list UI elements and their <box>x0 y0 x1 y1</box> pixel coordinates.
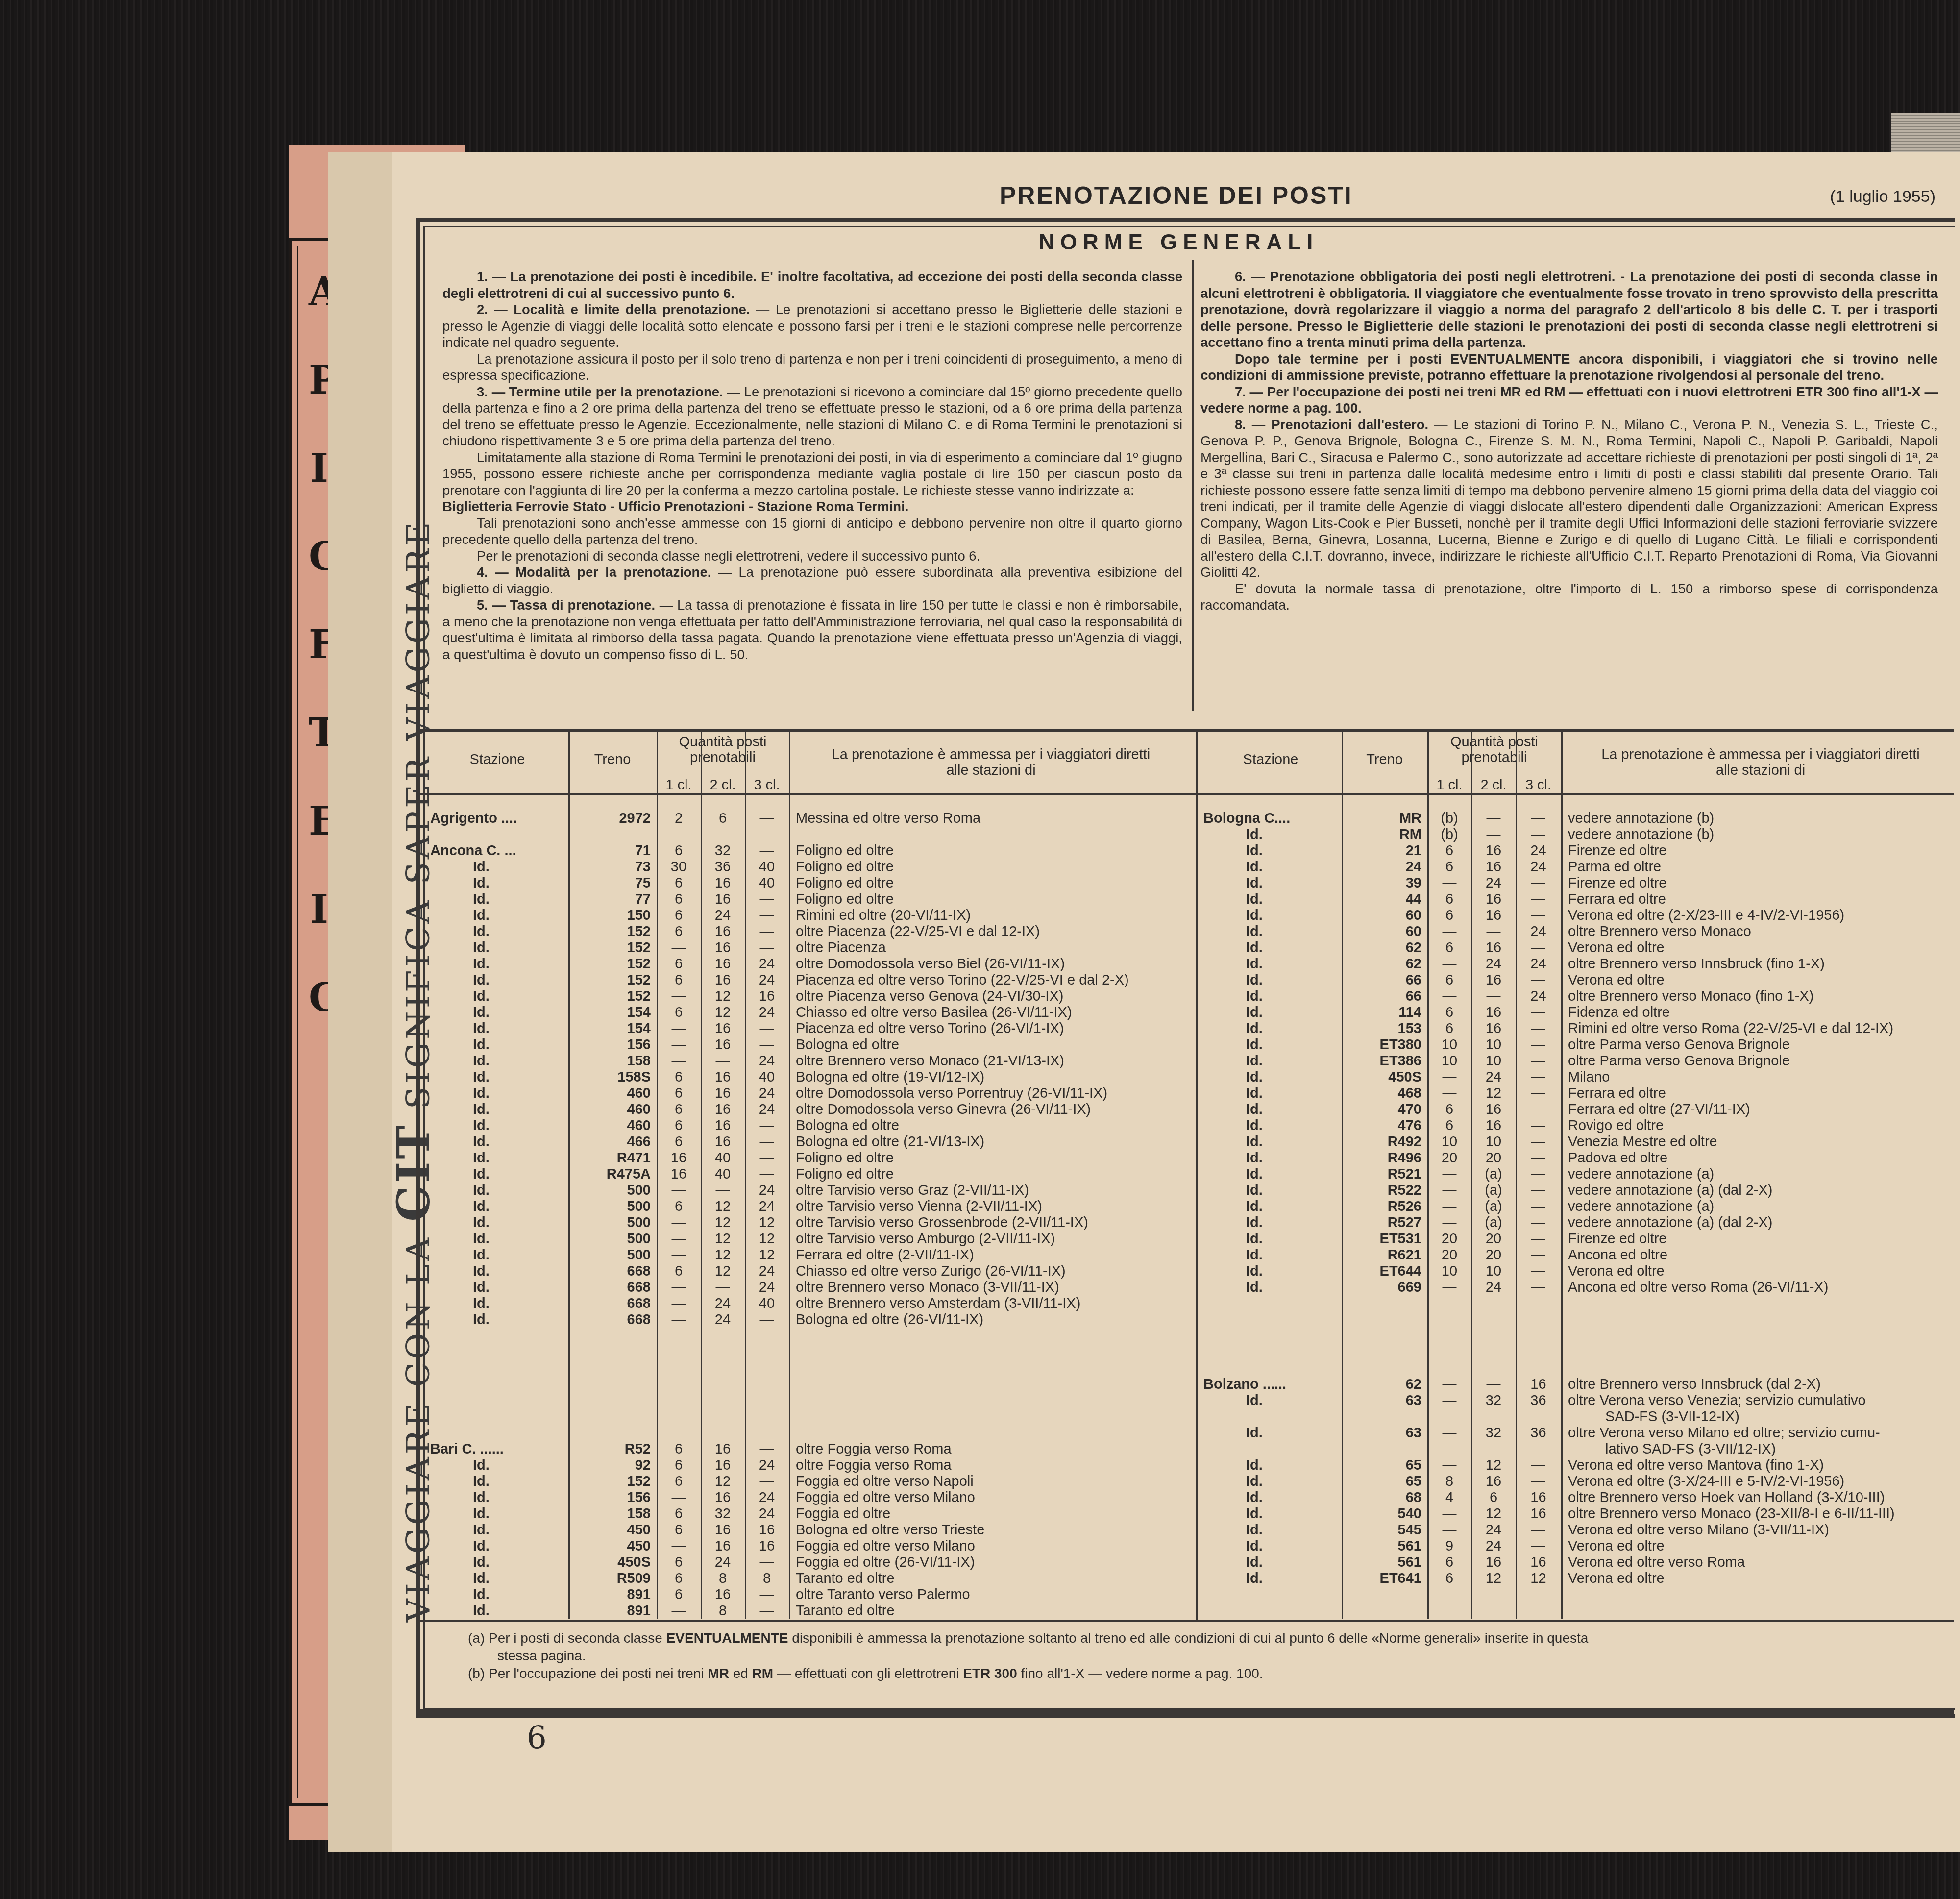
seats-2nd-class: 16 <box>1471 972 1516 988</box>
train-number: 669 <box>1342 1280 1421 1296</box>
station-name: Id. <box>473 1021 490 1037</box>
table-row: Id.668—24—Bologna ed oltre (26-VI/11-IX) <box>426 1312 1193 1328</box>
table-row: Id.R527—(a)—vedere annotazione (a) (dal … <box>1200 1215 1960 1231</box>
station-name: Id. <box>1246 1005 1263 1021</box>
seats-1st-class: 6 <box>657 908 701 924</box>
seats-2nd-class: 20 <box>1471 1150 1516 1166</box>
seats-3rd-class: — <box>745 811 789 827</box>
train-number: 77 <box>568 891 651 908</box>
table-row: Id.154—16—Piacenza ed oltre verso Torino… <box>426 1021 1193 1037</box>
cover-letter: A <box>309 247 328 336</box>
seats-1st-class: 30 <box>657 859 701 875</box>
seats-2nd-class: 16 <box>1471 1474 1516 1490</box>
station-name: Id. <box>1246 988 1263 1005</box>
seats-1st-class: 6 <box>1427 908 1471 924</box>
train-number: 73 <box>568 859 651 875</box>
seats-3rd-class: 24 <box>1516 988 1561 1005</box>
seats-2nd-class: 24 <box>1471 1069 1516 1085</box>
table-row-continuation: SAD-FS (3-VII-12-IX) <box>1200 1409 1960 1425</box>
table-row: Id.114616—Fidenza ed oltre <box>1200 1005 1960 1021</box>
seats-1st-class: — <box>1427 1522 1471 1538</box>
table-row: Id.ET5312020—Firenze ed oltre <box>1200 1231 1960 1247</box>
station-name: Id. <box>473 1296 490 1312</box>
table-row: Id.540—1216oltre Brennero verso Monaco (… <box>1200 1506 1960 1522</box>
destination: Piacenza ed oltre verso Torino (22-V/25-… <box>796 972 1129 988</box>
destination: oltre Brennero verso Monaco (23-XII/8-I … <box>1568 1506 1895 1522</box>
table-row: Id.476616—Rovigo ed oltre <box>1200 1118 1960 1134</box>
seats-1st-class: 6 <box>657 1554 701 1571</box>
train-number: 450 <box>568 1522 651 1538</box>
train-number: 156 <box>568 1037 651 1053</box>
seats-3rd-class: 36 <box>1516 1393 1561 1409</box>
station-name: Id. <box>1246 1215 1263 1231</box>
seats-3rd-class: — <box>1516 1021 1561 1037</box>
destination: Verona ed oltre (2-X/23-III e 4-IV/2-VI-… <box>1568 908 1844 924</box>
seats-2nd-class: 10 <box>1471 1134 1516 1150</box>
norme-paragraph: Tali prenotazioni sono anch'esse ammesse… <box>442 515 1182 548</box>
train-number: 891 <box>568 1603 651 1619</box>
seats-3rd-class: — <box>745 1312 789 1328</box>
station-name: Id. <box>473 1085 490 1102</box>
station-name: Id. <box>473 1005 490 1021</box>
destination: Parma ed oltre <box>1568 859 1661 875</box>
train-number: ET380 <box>1342 1037 1421 1053</box>
station-name: Id. <box>1246 1571 1263 1587</box>
station-name: Id. <box>1246 1166 1263 1183</box>
destination: Foggia ed oltre verso Milano <box>796 1490 975 1506</box>
header-destinazioni: La prenotazione è ammessa per i viaggiat… <box>828 747 1154 811</box>
station-name: Id. <box>473 1457 490 1474</box>
seats-2nd-class: — <box>1471 827 1516 843</box>
seats-1st-class: 2 <box>657 811 701 827</box>
norme-paragraph: 2. — Località e limite della prenotazion… <box>442 301 1182 351</box>
seats-3rd-class: — <box>1516 1215 1561 1231</box>
station-name: Id. <box>1246 1490 1263 1506</box>
seats-3rd-class: — <box>1516 1457 1561 1474</box>
destination: vedere annotazione (b) <box>1568 827 1714 843</box>
seats-1st-class: 6 <box>657 1522 701 1538</box>
train-number: 540 <box>1342 1506 1421 1522</box>
train-number: 500 <box>568 1231 651 1247</box>
seats-2nd-class: 12 <box>701 1199 745 1215</box>
norme-paragraph: La prenotazione assicura il posto per il… <box>442 351 1182 384</box>
seats-1st-class: 8 <box>1427 1474 1471 1490</box>
seats-3rd-class: 36 <box>1516 1425 1561 1441</box>
seats-2nd-class: 16 <box>701 972 745 988</box>
seats-1st-class: 6 <box>1427 1102 1471 1118</box>
table-row: Id.450S624—Foggia ed oltre (26-VI/11-IX) <box>426 1554 1193 1571</box>
station-name: Id. <box>1246 1037 1263 1053</box>
table-bottom-rule <box>420 1620 1954 1622</box>
header-stazione: Stazione <box>426 752 568 815</box>
seats-1st-class: 6 <box>657 891 701 908</box>
station-name: Agrigento .... <box>430 811 517 827</box>
destination: oltre Tarvisio verso Vienna (2-VII/11-IX… <box>796 1199 1042 1215</box>
table-row: Id.15863224Foggia ed oltre <box>426 1506 1193 1522</box>
destination: Ancona ed oltre verso Roma (26-VI/11-X) <box>1568 1280 1828 1296</box>
seats-3rd-class: — <box>745 1037 789 1053</box>
seats-2nd-class: 12 <box>701 1263 745 1280</box>
station-name: Bolzano ...... <box>1203 1377 1286 1393</box>
train-number: 450S <box>568 1554 651 1571</box>
station-name: Id. <box>1246 1134 1263 1150</box>
seats-3rd-class: — <box>745 940 789 956</box>
train-number: 114 <box>1342 1005 1421 1021</box>
station-name: Id. <box>1246 1199 1263 1215</box>
table-row: Id.684616oltre Brennero verso Hoek van H… <box>1200 1490 1960 1506</box>
destination: Foggia ed oltre verso Milano <box>796 1538 975 1554</box>
cover-letter: C <box>309 512 328 600</box>
train-number: 158 <box>568 1506 651 1522</box>
table-row: Id.R475A1640—Foligno ed oltre <box>426 1166 1193 1183</box>
seats-1st-class: 6 <box>657 1134 701 1150</box>
seats-3rd-class: — <box>1516 1522 1561 1538</box>
table-row: Id.62—2424oltre Brennero verso Innsbruck… <box>1200 956 1960 972</box>
seats-2nd-class: 32 <box>701 1506 745 1522</box>
train-number: 476 <box>1342 1118 1421 1134</box>
seats-1st-class: 6 <box>657 1571 701 1587</box>
destination: Bologna ed oltre (21-VI/13-IX) <box>796 1134 984 1150</box>
destination: Ferrara ed oltre <box>1568 1085 1666 1102</box>
table-row: Id.158——24oltre Brennero verso Monaco (2… <box>426 1053 1193 1069</box>
seats-1st-class: — <box>1427 1425 1471 1441</box>
norme-left-column: 1. — La prenotazione dei posti è incedib… <box>442 269 1182 663</box>
seats-3rd-class: 16 <box>745 988 789 1005</box>
norme-paragraph: 4. — Modalità per la prenotazione. — La … <box>442 564 1182 597</box>
seats-2nd-class: 16 <box>701 956 745 972</box>
train-number: R527 <box>1342 1215 1421 1231</box>
train-number: 21 <box>1342 843 1421 859</box>
seats-3rd-class: — <box>1516 1150 1561 1166</box>
seats-2nd-class: — <box>701 1053 745 1069</box>
destination: Foligno ed oltre <box>796 1166 894 1183</box>
destination: Ferrara ed oltre (2-VII/11-IX) <box>796 1247 974 1263</box>
seats-3rd-class: — <box>1516 1134 1561 1150</box>
seats-3rd-class: — <box>1516 1280 1561 1296</box>
seats-2nd-class: — <box>1471 811 1516 827</box>
table-row: Id.152—1216oltre Piacenza verso Genova (… <box>426 988 1193 1005</box>
seats-3rd-class: 40 <box>745 1069 789 1085</box>
seats-3rd-class: 24 <box>745 1085 789 1102</box>
table-row: Id.450S—24—Milano <box>1200 1069 1960 1085</box>
seats-2nd-class: 6 <box>1471 1490 1516 1506</box>
seats-1st-class: 6 <box>657 1457 701 1474</box>
destination: Taranto ed oltre <box>796 1571 895 1587</box>
seats-3rd-class: 12 <box>1516 1571 1561 1587</box>
table-row: Id.73303640Foligno ed oltre <box>426 859 1193 875</box>
table-row: Id.545—24—Verona ed oltre verso Milano (… <box>1200 1522 1960 1538</box>
train-number: 152 <box>568 972 651 988</box>
seats-1st-class: — <box>657 1231 701 1247</box>
table-row: Id.500—1212oltre Tarvisio verso Grossenb… <box>426 1215 1193 1231</box>
table-row: Bolzano ......62——16oltre Brennero verso… <box>1200 1377 1960 1393</box>
seats-1st-class: 10 <box>1427 1263 1471 1280</box>
seats-3rd-class: — <box>1516 1085 1561 1102</box>
destination: oltre Piacenza (22-V/25-VI e dal 12-IX) <box>796 924 1040 940</box>
seats-3rd-class: — <box>745 891 789 908</box>
seats-2nd-class: 16 <box>701 1118 745 1134</box>
seats-2nd-class: 12 <box>1471 1506 1516 1522</box>
norme-paragraph: 7. — Per l'occupazione dei posti nei tre… <box>1200 384 1938 417</box>
station-name: Id. <box>1246 1263 1263 1280</box>
seats-2nd-class: — <box>1471 924 1516 940</box>
station-name: Id. <box>1246 1474 1263 1490</box>
station-name: Ancona C. ... <box>430 843 516 859</box>
seats-1st-class: 6 <box>657 1263 701 1280</box>
table-row: Id.R6212020—Ancona ed oltre <box>1200 1247 1960 1263</box>
seats-3rd-class: 8 <box>745 1571 789 1587</box>
destination: vedere annotazione (a) <box>1568 1166 1714 1183</box>
destination: Foligno ed oltre <box>796 891 894 908</box>
destination: Taranto ed oltre <box>796 1603 895 1619</box>
train-number: 466 <box>568 1134 651 1150</box>
seats-1st-class: 20 <box>1427 1247 1471 1263</box>
seats-3rd-class: — <box>745 1603 789 1619</box>
station-name: Id. <box>1246 891 1263 908</box>
seats-1st-class: 6 <box>1427 972 1471 988</box>
station-name: Id. <box>1246 1554 1263 1571</box>
seats-3rd-class: 40 <box>745 875 789 891</box>
table-row: Id.44616—Ferrara ed oltre <box>1200 891 1960 908</box>
seats-2nd-class: 24 <box>701 1312 745 1328</box>
seats-2nd-class: 6 <box>701 811 745 827</box>
table-row: Id.500——24oltre Tarvisio verso Graz (2-V… <box>426 1183 1193 1199</box>
train-number: 470 <box>1342 1102 1421 1118</box>
destination: oltre Verona verso Milano ed oltre; serv… <box>1568 1425 1880 1441</box>
seats-3rd-class: 16 <box>1516 1506 1561 1522</box>
station-name: Id. <box>473 1474 490 1490</box>
seats-3rd-class: — <box>1516 1263 1561 1280</box>
header-cl3: 3 cl. <box>745 777 789 841</box>
seats-1st-class: 6 <box>657 1474 701 1490</box>
table-center-divider <box>1196 731 1198 1621</box>
seats-3rd-class: — <box>745 1441 789 1457</box>
destination: Rimini ed oltre (20-VI/11-IX) <box>796 908 971 924</box>
destination: Foggia ed oltre verso Napoli <box>796 1474 974 1490</box>
table-row: Id.66861224Chiasso ed oltre verso Zurigo… <box>426 1263 1193 1280</box>
seats-2nd-class: 10 <box>1471 1263 1516 1280</box>
seats-1st-class: — <box>1427 1166 1471 1183</box>
seats-2nd-class: 16 <box>701 1538 745 1554</box>
cover-letter: P <box>309 336 328 424</box>
table-row-continuation: lativo SAD-FS (3-VII/12-IX) <box>1200 1441 1960 1457</box>
seats-2nd-class: 16 <box>1471 908 1516 924</box>
table-row: Id.500—1212Ferrara ed oltre (2-VII/11-IX… <box>426 1247 1193 1263</box>
station-name: Id. <box>473 1587 490 1603</box>
seats-2nd-class: 16 <box>701 1134 745 1150</box>
train-number: 152 <box>568 1474 651 1490</box>
seats-3rd-class: 16 <box>1516 1377 1561 1393</box>
seats-3rd-class: — <box>1516 1053 1561 1069</box>
footnote-a: (a) Per i posti di seconda classe EVENTU… <box>468 1629 1938 1647</box>
seats-3rd-class: — <box>1516 1166 1561 1183</box>
table-row: Id.158S61640Bologna ed oltre (19-VI/12-I… <box>426 1069 1193 1085</box>
station-name: Id. <box>1246 956 1263 972</box>
destination: Fidenza ed oltre <box>1568 1005 1670 1021</box>
station-name: Id. <box>473 1263 490 1280</box>
destination: Firenze ed oltre <box>1568 875 1667 891</box>
seats-1st-class: — <box>657 1247 701 1263</box>
norme-paragraph: 1. — La prenotazione dei posti è incedib… <box>442 269 1182 301</box>
station-name: Id. <box>1246 1053 1263 1069</box>
destination: oltre Brennero verso Innsbruck (fino 1-X… <box>1568 956 1825 972</box>
table-row: Id.R521—(a)—vedere annotazione (a) <box>1200 1166 1960 1183</box>
train-number: 450S <box>1342 1069 1421 1085</box>
section-title: NORME GENERALI <box>1039 230 1319 255</box>
cover-letter: T <box>309 689 328 777</box>
destination: oltre Parma verso Genova Brignole <box>1568 1053 1790 1069</box>
table-row: Id.46061624oltre Domodossola verso Porre… <box>426 1085 1193 1102</box>
table-row: Id.66616—Verona ed oltre <box>1200 972 1960 988</box>
seats-1st-class: 4 <box>1427 1490 1471 1506</box>
train-number: 44 <box>1342 891 1421 908</box>
seats-2nd-class: 12 <box>1471 1571 1516 1587</box>
train-number: 545 <box>1342 1522 1421 1538</box>
seats-3rd-class: — <box>1516 908 1561 924</box>
seats-2nd-class: 24 <box>701 1296 745 1312</box>
destination: Messina ed oltre verso Roma <box>796 811 980 827</box>
edition-date: (1 luglio 1955) <box>1830 187 1935 206</box>
seats-1st-class: — <box>657 1312 701 1328</box>
seats-1st-class: 6 <box>657 924 701 940</box>
seats-1st-class: 6 <box>657 1102 701 1118</box>
seats-1st-class: 6 <box>1427 940 1471 956</box>
station-name: Id. <box>473 988 490 1005</box>
seats-2nd-class: 16 <box>701 1587 745 1603</box>
train-number: 668 <box>568 1280 651 1296</box>
table-row: Id.R526—(a)—vedere annotazione (a) <box>1200 1199 1960 1215</box>
seats-1st-class: 6 <box>657 1587 701 1603</box>
table-row: Id.RM(b)——vedere annotazione (b) <box>1200 827 1960 843</box>
seats-3rd-class: 24 <box>745 1280 789 1296</box>
train-number: 65 <box>1342 1474 1421 1490</box>
station-name: Id. <box>473 1183 490 1199</box>
destination: oltre Piacenza <box>796 940 886 956</box>
seats-2nd-class: — <box>1471 988 1516 1005</box>
station-name: Id. <box>473 1134 490 1150</box>
header-cl1: 1 cl. <box>657 777 701 841</box>
seats-1st-class: 16 <box>657 1150 701 1166</box>
seats-1st-class: 10 <box>1427 1134 1471 1150</box>
destination-continuation: SAD-FS (3-VII-12-IX) <box>1605 1409 1739 1425</box>
table-row: Id.9261624oltre Foggia verso Roma <box>426 1457 1193 1474</box>
frame-bottom-rule <box>420 1709 1954 1714</box>
seats-3rd-class: 24 <box>745 1053 789 1069</box>
seats-3rd-class: — <box>1516 940 1561 956</box>
table-row: Id.ET6441010—Verona ed oltre <box>1200 1263 1960 1280</box>
destination: Piacenza ed oltre verso Torino (26-VI/1-… <box>796 1021 1064 1037</box>
table-row: Id.65816—Verona ed oltre (3-X/24-III e 5… <box>1200 1474 1960 1490</box>
seats-2nd-class: — <box>1471 1377 1516 1393</box>
table-row: Id.65—12—Verona ed oltre verso Mantova (… <box>1200 1457 1960 1474</box>
destination: Bologna ed oltre <box>796 1037 899 1053</box>
destination: oltre Brennero verso Hoek van Holland (3… <box>1568 1490 1885 1506</box>
train-number: 63 <box>1342 1425 1421 1441</box>
destination: oltre Domodossola verso Porrentruy (26-V… <box>796 1085 1107 1102</box>
train-number: R496 <box>1342 1150 1421 1166</box>
cover-letter: I <box>309 865 328 953</box>
seats-3rd-class: 16 <box>1516 1490 1561 1506</box>
table-row: Agrigento ....297226—Messina ed oltre ve… <box>426 811 1193 827</box>
station-name: Id. <box>473 1231 490 1247</box>
station-name: Id. <box>473 972 490 988</box>
seats-2nd-class: 24 <box>701 1554 745 1571</box>
station-name: Id. <box>1246 1425 1263 1441</box>
destination: Verona ed oltre verso Mantova (fino 1-X) <box>1568 1457 1824 1474</box>
seats-2nd-class: 12 <box>701 1215 745 1231</box>
reservation-table-left: StazioneTrenoQuantità posti prenotabili1… <box>426 732 1193 1619</box>
seats-1st-class: 16 <box>657 1166 701 1183</box>
train-number: R509 <box>568 1571 651 1587</box>
train-number: 150 <box>568 908 651 924</box>
seats-2nd-class: 16 <box>701 1522 745 1538</box>
seats-3rd-class: — <box>745 924 789 940</box>
seats-3rd-class: 24 <box>1516 924 1561 940</box>
train-number: 154 <box>568 1005 651 1021</box>
destination: Foligno ed oltre <box>796 859 894 875</box>
table-row: Id.15261624oltre Domodossola verso Biel … <box>426 956 1193 972</box>
back-cover-letters: APICFTEIC <box>309 247 328 1041</box>
seats-3rd-class: 16 <box>745 1522 789 1538</box>
seats-3rd-class: — <box>745 1150 789 1166</box>
seats-3rd-class: 24 <box>1516 843 1561 859</box>
seats-2nd-class: 40 <box>701 1150 745 1166</box>
seats-1st-class: 6 <box>657 1118 701 1134</box>
destination: oltre Brennero verso Monaco (3-VII/11-IX… <box>796 1280 1059 1296</box>
column-divider <box>1192 260 1194 711</box>
seats-1st-class: — <box>1427 1377 1471 1393</box>
destination: oltre Domodossola verso Ginevra (26-VI/1… <box>796 1102 1091 1118</box>
seats-1st-class: — <box>657 1215 701 1231</box>
train-number: 71 <box>568 843 651 859</box>
seats-1st-class: — <box>657 1021 701 1037</box>
seats-3rd-class: 16 <box>1516 1554 1561 1571</box>
train-number: 62 <box>1342 1377 1421 1393</box>
train-number: MR <box>1342 811 1421 827</box>
table-row: Id.R522—(a)—vedere annotazione (a) (dal … <box>1200 1183 1960 1199</box>
table-row: Id.156—1624Foggia ed oltre verso Milano <box>426 1490 1193 1506</box>
train-number: 66 <box>1342 988 1421 1005</box>
station-name: Id. <box>473 1037 490 1053</box>
seats-3rd-class: — <box>745 843 789 859</box>
seats-1st-class: 6 <box>657 972 701 988</box>
seats-2nd-class: 8 <box>701 1571 745 1587</box>
train-number: R492 <box>1342 1134 1421 1150</box>
table-row: Id.561924—Verona ed oltre <box>1200 1538 1960 1554</box>
seats-3rd-class: 16 <box>745 1538 789 1554</box>
station-name: Id. <box>473 1490 490 1506</box>
seats-3rd-class: 24 <box>745 1183 789 1199</box>
seats-1st-class: — <box>657 940 701 956</box>
seats-1st-class: — <box>1427 1069 1471 1085</box>
header-destinazioni: La prenotazione è ammessa per i viaggiat… <box>1600 747 1921 811</box>
table-row: Id.669—24—Ancona ed oltre verso Roma (26… <box>1200 1280 1960 1296</box>
train-number: 24 <box>1342 859 1421 875</box>
seats-3rd-class: 24 <box>745 1102 789 1118</box>
destination: oltre Brennero verso Amsterdam (3-VII/11… <box>796 1296 1080 1312</box>
table-row: Id.60616—Verona ed oltre (2-X/23-III e 4… <box>1200 908 1960 924</box>
seats-3rd-class: 24 <box>745 956 789 972</box>
destination: oltre Foggia verso Roma <box>796 1441 952 1457</box>
station-name: Id. <box>1246 1457 1263 1474</box>
seats-2nd-class: 10 <box>1471 1053 1516 1069</box>
destination: oltre Verona verso Venezia; servizio cum… <box>1568 1393 1866 1409</box>
destination: Ancona ed oltre <box>1568 1247 1667 1263</box>
train-number: 60 <box>1342 908 1421 924</box>
seats-2nd-class: — <box>701 1183 745 1199</box>
train-number: 891 <box>568 1587 651 1603</box>
seats-1st-class: — <box>657 1603 701 1619</box>
